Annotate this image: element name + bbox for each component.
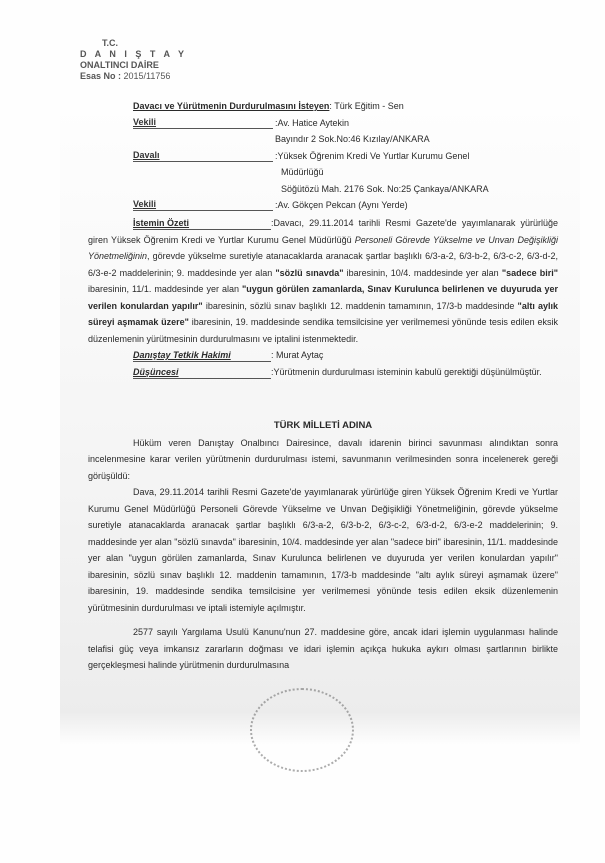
case-number-label: Esas No : [80, 71, 121, 81]
decision-paragraph-3: 2577 sayılı Yargılama Usulü Kanunu'nun 2… [88, 624, 558, 674]
case-number-value: 2015/11756 [124, 71, 171, 81]
tc-label: T.C. [80, 38, 187, 49]
claim-summary: İstemin Özeti:Davacı, 29.11.2014 tarihli… [88, 215, 558, 380]
summary-bold-1: "sözlü sınavda" [275, 268, 343, 278]
defendant-value-cont: Müdürlüğü [133, 164, 563, 181]
decision-paragraph-2: Dava, 29.11.2014 tarihli Resmi Gazete'de… [88, 484, 558, 616]
document-page: T.C. D A N I Ş T A Y ONALTINCI DAİRE Esa… [0, 0, 605, 863]
defendant-counsel-row: Vekili :Av. Gökçen Pekcan (Aynı Yerde) [133, 197, 563, 214]
plaintiff-value: : Türk Eğitim - Sen [329, 101, 403, 111]
decision-title: TÜRK MİLLETİ ADINA [88, 418, 558, 435]
court-header: T.C. D A N I Ş T A Y ONALTINCI DAİRE Esa… [80, 38, 187, 82]
defendant-label: Davalı [133, 149, 273, 162]
judge-value: : Murat Aytaç [271, 350, 323, 360]
plaintiff-counsel-value: :Av. Hatice Aytekin [273, 115, 349, 132]
claim-summary-label: İstemin Özeti [133, 218, 271, 230]
official-stamp-icon [250, 688, 354, 772]
defendant-address: Söğütözü Mah. 2176 Sok. No:25 Çankaya/AN… [133, 181, 563, 198]
chamber-name: ONALTINCI DAİRE [80, 60, 187, 71]
parties-section: Davacı ve Yürütmenin Durdurulmasını İste… [133, 98, 563, 214]
plaintiff-label: Davacı ve Yürütmenin Durdurulmasını İste… [133, 101, 329, 111]
summary-bold-2: "sadece biri" [502, 268, 558, 278]
judge-label: Danıştay Tetkik Hakimi [133, 350, 271, 362]
summary-text-4: ibaresinin, 10/4. maddesinde yer alan [344, 268, 502, 278]
plaintiff-counsel-row: Vekili :Av. Hatice Aytekin [133, 115, 563, 132]
defendant-counsel-value: :Av. Gökçen Pekcan (Aynı Yerde) [273, 197, 408, 214]
plaintiff-counsel-address: Bayındır 2 Sok.No:46 Kızılay/ANKARA [133, 131, 563, 148]
decision-section: TÜRK MİLLETİ ADINA Hüküm veren Danıştay … [88, 418, 558, 674]
decision-paragraph-1: Hüküm veren Danıştay Onalbıncı Dairesinc… [88, 435, 558, 485]
court-name: D A N I Ş T A Y [80, 49, 187, 60]
judge-row: Danıştay Tetkik Hakimi: Murat Aytaç [88, 347, 558, 364]
defendant-counsel-label: Vekili [133, 198, 273, 211]
opinion-label: Düşüncesi [133, 367, 271, 379]
case-number: Esas No : 2015/11756 [80, 71, 187, 82]
summary-text-6: ibaresinin, sözlü sınav başlıklı 12. mad… [203, 301, 518, 311]
plaintiff-row: Davacı ve Yürütmenin Durdurulmasını İste… [133, 98, 563, 115]
opinion-value: :Yürütmenin durdurulması isteminin kabul… [271, 367, 542, 377]
defendant-value: :Yüksek Öğrenim Kredi Ve Yurtlar Kurumu … [273, 148, 469, 165]
claim-summary-text: İstemin Özeti:Davacı, 29.11.2014 tarihli… [88, 215, 558, 347]
opinion-row: Düşüncesi:Yürütmenin durdurulması istemi… [88, 364, 558, 381]
defendant-row: Davalı :Yüksek Öğrenim Kredi Ve Yurtlar … [133, 148, 563, 165]
summary-text-5: ibaresinin, 11/1. maddesinde yer alan [88, 284, 242, 294]
plaintiff-counsel-label: Vekili [133, 116, 273, 129]
